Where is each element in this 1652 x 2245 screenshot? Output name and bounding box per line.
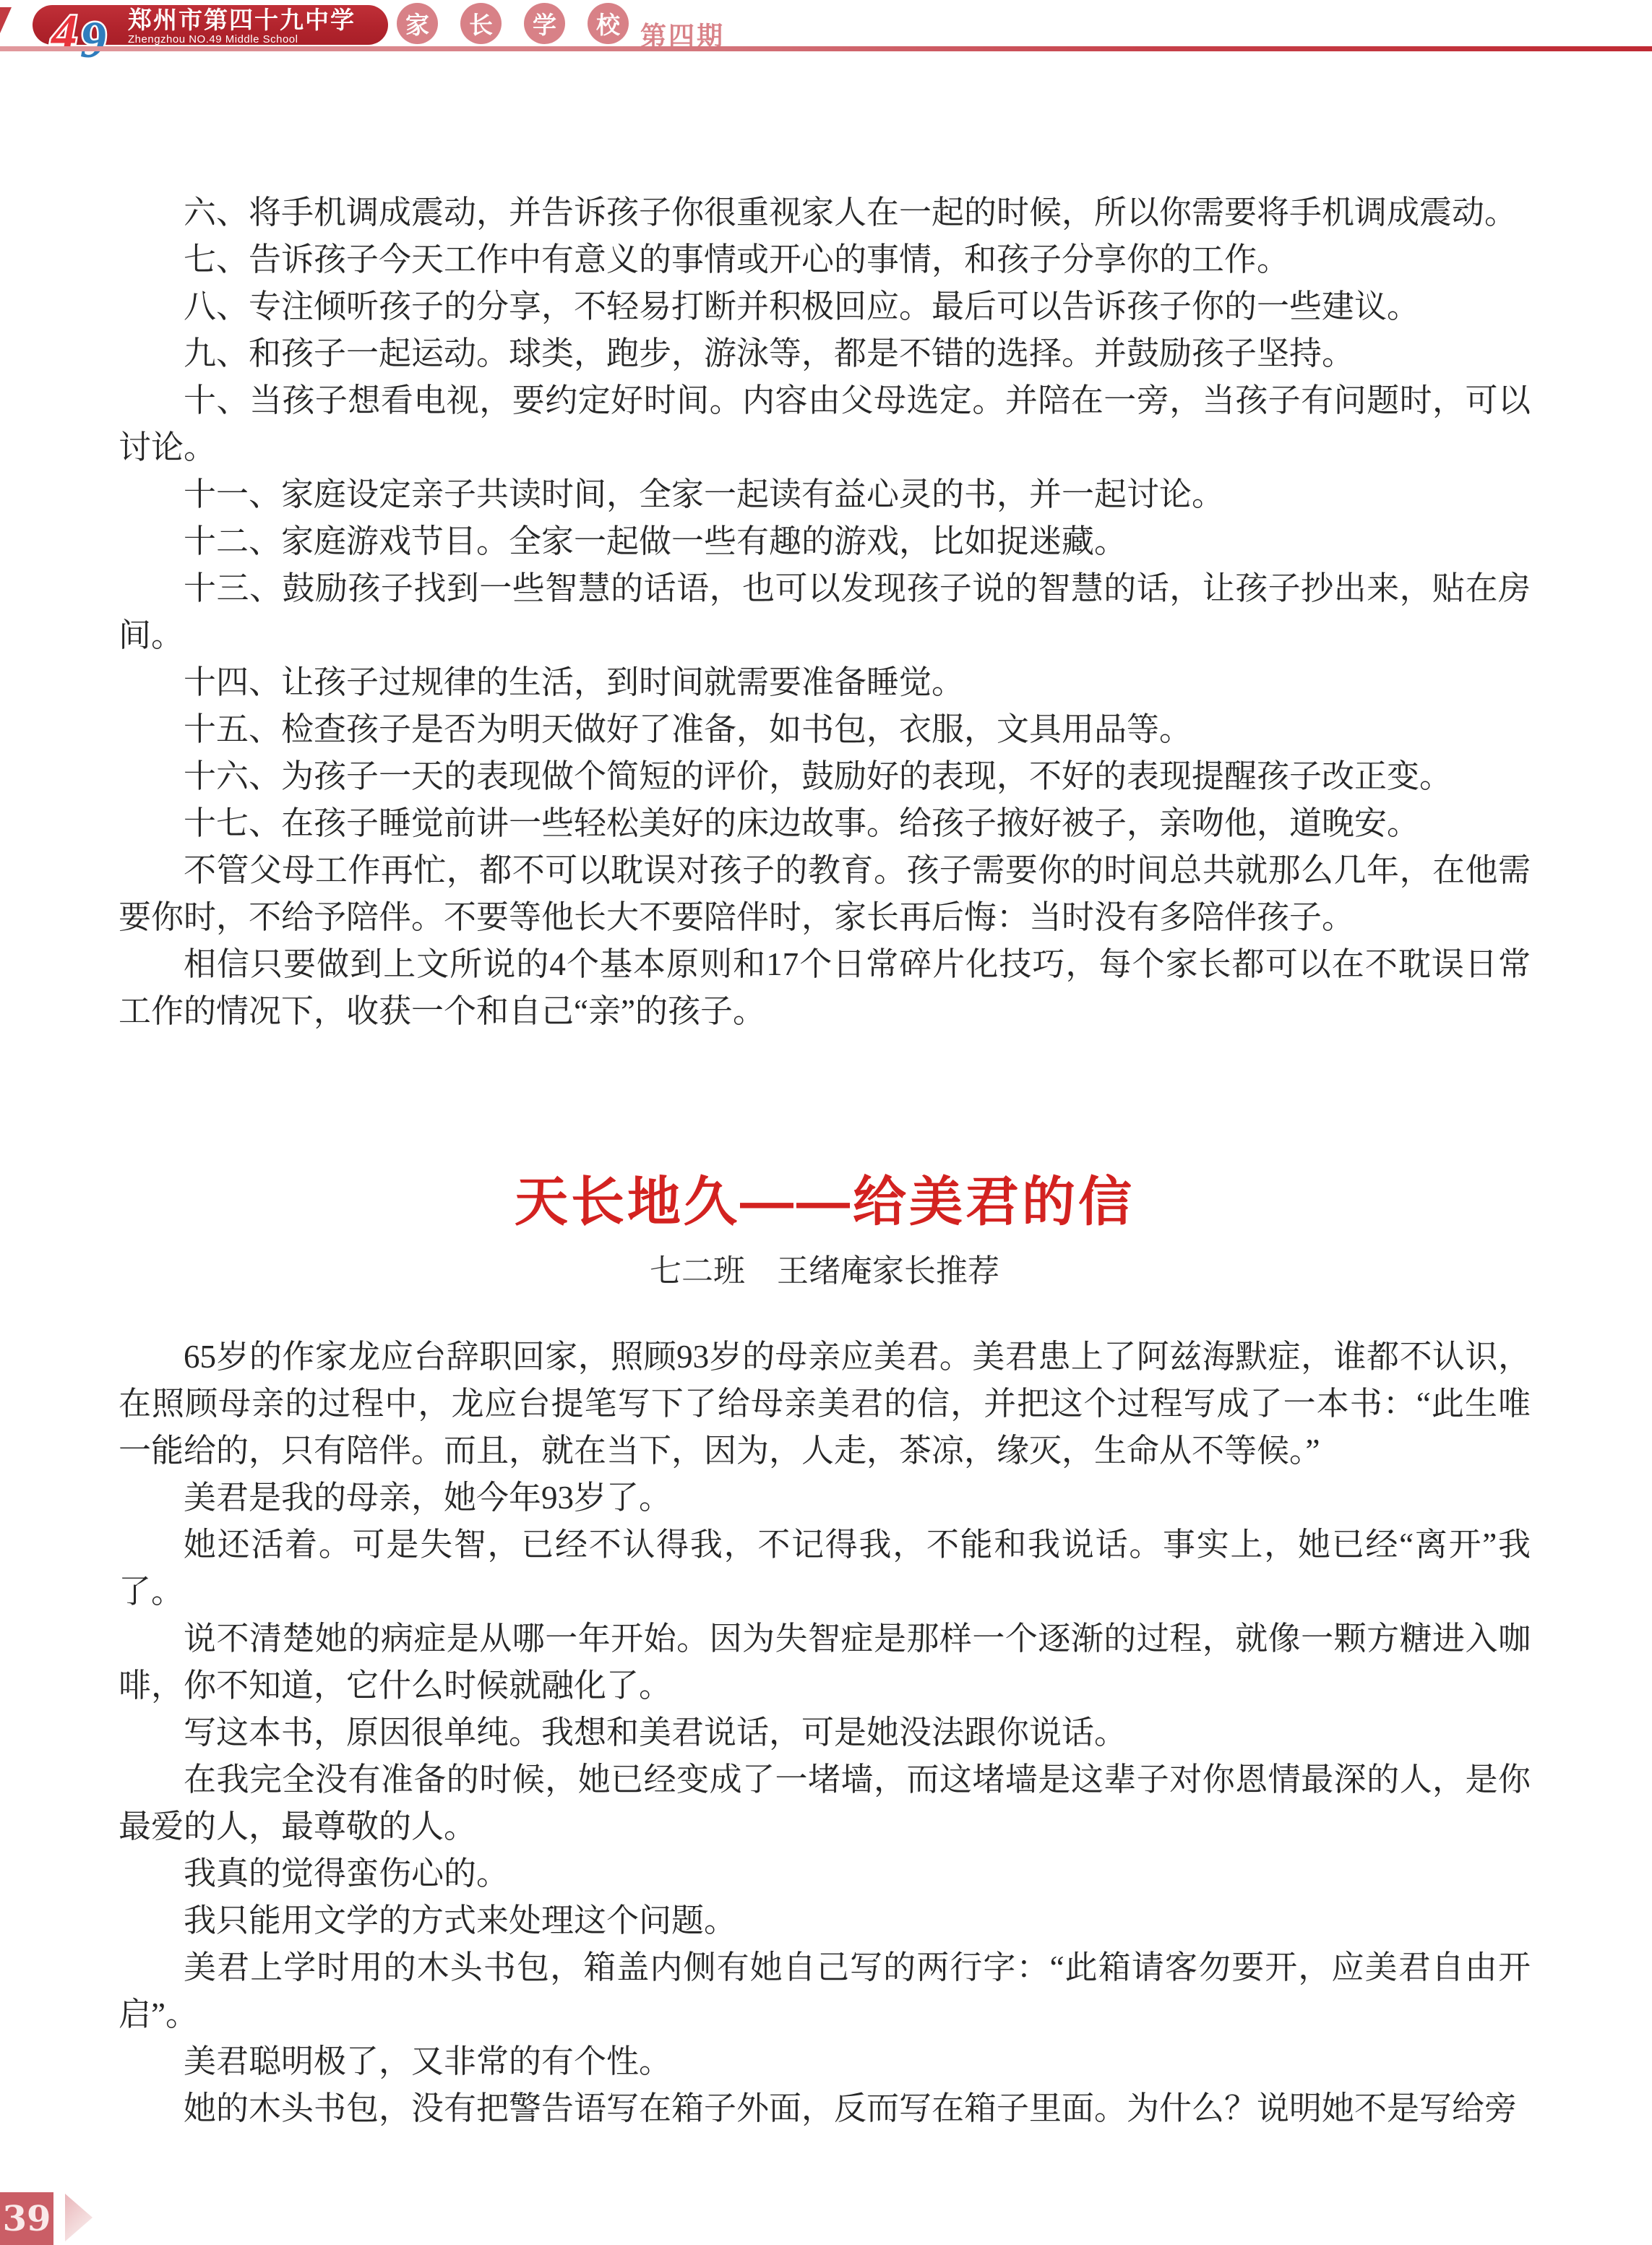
- page-triangle-icon: [65, 2194, 93, 2241]
- paragraph: 十五、检查孩子是否为明天做好了准备，如书包，衣服，文具用品等。: [119, 706, 1531, 753]
- header-rule: [0, 46, 1652, 51]
- article-title: 天长地久——给美君的信: [119, 1167, 1531, 1237]
- article-byline: 七二班 王绪庵家长推荐: [119, 1250, 1531, 1293]
- paragraph: 十四、让孩子过规律的生活，到时间就需要准备睡觉。: [119, 659, 1531, 706]
- badge-circle: 家: [397, 3, 438, 44]
- paragraph: 在我完全没有准备的时候，她已经变成了一堵墙，而这堵墙是这辈子对你恩情最深的人，是…: [119, 1756, 1531, 1850]
- article-letter: 天长地久——给美君的信 七二班 王绪庵家长推荐 65岁的作家龙应台辞职回家，照顾…: [119, 1167, 1531, 2132]
- paragraph: 写这本书，原因很单纯。我想和美君说话，可是她没法跟你说话。: [119, 1709, 1531, 1756]
- paragraph: 十、当孩子想看电视，要约定好时间。内容由父母选定。并陪在一旁，当孩子有问题时，可…: [119, 377, 1531, 471]
- badge-circle: 长: [460, 3, 502, 44]
- article-body: 65岁的作家龙应台辞职回家，照顾93岁的母亲应美君。美君患上了阿兹海默症，谁都不…: [119, 1334, 1531, 2132]
- paragraph: 十二、家庭游戏节目。全家一起做一些有趣的游戏，比如捉迷藏。: [119, 518, 1531, 565]
- paragraph: 七、告诉孩子今天工作中有意义的事情或开心的事情，和孩子分享你的工作。: [119, 236, 1531, 283]
- paragraph: 十六、为孩子一天的表现做个简短的评价，鼓励好的表现，不好的表现提醒孩子改正变。: [119, 753, 1531, 800]
- paragraph: 九、和孩子一起运动。球类，跑步，游泳等，都是不错的选择。并鼓励孩子坚持。: [119, 330, 1531, 377]
- logo-digit-4: 4: [50, 4, 77, 61]
- school-name-cn: 郑州市第四十九中学: [128, 9, 356, 33]
- school-name-en: Zhengzhou NO.49 Middle School: [128, 33, 356, 46]
- paragraph: 我真的觉得蛮伤心的。: [119, 1850, 1531, 1897]
- paragraph: 十七、在孩子睡觉前讲一些轻松美好的床边故事。给孩子掖好被子，亲吻他，道晚安。: [119, 800, 1531, 847]
- article-parenting-tips: 六、将手机调成震动，并告诉孩子你很重视家人在一起的时候，所以你需要将手机调成震动…: [119, 189, 1531, 1035]
- page-number: 39: [0, 2192, 53, 2245]
- masthead-badges: 家长学校: [397, 3, 629, 44]
- paragraph: 十一、家庭设定亲子共读时间，全家一起读有益心灵的书，并一起讨论。: [119, 471, 1531, 518]
- logo-digit-9: 9: [80, 11, 106, 69]
- paragraph: 美君聪明极了，又非常的有个性。: [119, 2038, 1531, 2085]
- paragraph: 不管父母工作再忙，都不可以耽误对孩子的教育。孩子需要你的时间总共就那么几年，在他…: [119, 847, 1531, 941]
- paragraph: 八、专注倾听孩子的分享，不轻易打断并积极回应。最后可以告诉孩子你的一些建议。: [119, 283, 1531, 330]
- badge-circle: 学: [524, 3, 565, 44]
- paragraph: 美君上学时用的木头书包，箱盖内侧有她自己写的两行字：“此箱请客勿要开，应美君自由…: [119, 1944, 1531, 2038]
- ribbon-tip-shape: [0, 7, 12, 33]
- paragraph: 65岁的作家龙应台辞职回家，照顾93岁的母亲应美君。美君患上了阿兹海默症，谁都不…: [119, 1334, 1531, 1475]
- paragraph: 她还活着。可是失智，已经不认得我，不记得我，不能和我说话。事实上，她已经“离开”…: [119, 1521, 1531, 1615]
- paragraph: 她的木头书包，没有把警告语写在箱子外面，反而写在箱子里面。为什么？说明她不是写给…: [119, 2085, 1531, 2132]
- paragraph: 相信只要做到上文所说的4个基本原则和17个日常碎片化技巧，每个家长都可以在不耽误…: [119, 941, 1531, 1035]
- paragraph: 六、将手机调成震动，并告诉孩子你很重视家人在一起的时候，所以你需要将手机调成震动…: [119, 189, 1531, 236]
- badge-circle: 校: [588, 3, 629, 44]
- school-banner: 4 9 郑州市第四十九中学 Zhengzhou NO.49 Middle Sch…: [33, 5, 388, 45]
- paragraph: 我只能用文学的方式来处理这个问题。: [119, 1897, 1531, 1944]
- school-names: 郑州市第四十九中学 Zhengzhou NO.49 Middle School: [128, 9, 356, 46]
- paragraph: 说不清楚她的病症是从哪一年开始。因为失智症是那样一个逐渐的过程，就像一颗方糖进入…: [119, 1615, 1531, 1709]
- paragraph: 十三、鼓励孩子找到一些智慧的话语，也可以发现孩子说的智慧的话，让孩子抄出来，贴在…: [119, 565, 1531, 659]
- school-logo-49-icon: 4 9: [50, 2, 129, 63]
- masthead: 4 9 郑州市第四十九中学 Zhengzhou NO.49 Middle Sch…: [0, 0, 1652, 56]
- page: 4 9 郑州市第四十九中学 Zhengzhou NO.49 Middle Sch…: [0, 0, 1652, 2245]
- paragraph: 美君是我的母亲，她今年93岁了。: [119, 1475, 1531, 1521]
